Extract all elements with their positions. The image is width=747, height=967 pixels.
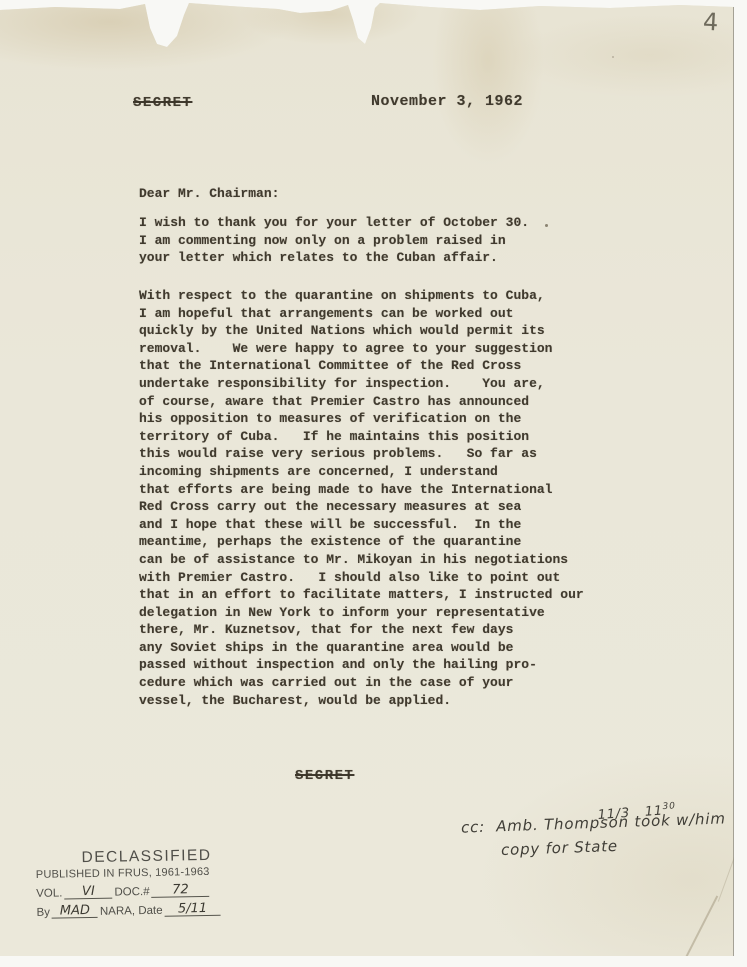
text-line: meantime, perhaps the existence of the q… [139,533,584,551]
text-line: undertake responsibility for inspection.… [139,375,584,393]
text-line: I am hopeful that arrangements can be wo… [139,305,584,323]
stamp-by-label: By [36,907,50,919]
text-line: cedure which was carried out in the case… [139,674,584,692]
text-line: can be of assistance to Mr. Mikoyan in h… [139,551,584,569]
text-line: and I hope that these will be successful… [139,516,584,534]
page-number: 4 [702,8,719,37]
stamp-vol-blank: VI [64,883,112,900]
text-line: vessel, the Bucharest, would be applied. [139,692,584,710]
stamp-nara-label: NARA, Date [100,905,163,918]
stamp-doc-value: 72 [172,882,189,897]
classification-stamp-top: SECRET [133,95,192,113]
declassification-stamp: DECLASSIFIED PUBLISHED IN FRUS, 1961-196… [35,846,258,919]
stamp-date-blank: 5/11 [164,900,220,917]
stamp-doc-label: DOC.# [114,886,149,899]
text-line: Red Cross carry out the necessary measur… [139,498,584,516]
text-line: removal. We were happy to agree to your … [139,340,584,358]
stamp-vol-value: VI [82,884,95,899]
text-line: that efforts are being made to have the … [139,481,584,499]
handwritten-copy-note: copy for State [501,837,618,859]
stamp-vol-label: VOL. [36,887,62,899]
text-line: I wish to thank you for your letter of O… [139,214,529,232]
text-line: there, Mr. Kuznetsov, that for the next … [139,621,584,639]
scanned-document: 4 SECRET November 3, 1962 Dear Mr. Chair… [0,0,747,967]
stamp-volume-row: VOL. VI DOC.# 72 [36,880,258,900]
text-line: of course, aware that Premier Castro has… [139,393,584,411]
text-line: quickly by the United Nations which woul… [139,322,584,340]
stamp-publication-line: PUBLISHED IN FRUS, 1961-1963 [36,865,258,881]
text-line: any Soviet ships in the quarantine area … [139,639,584,657]
stamp-by-row: By MAD NARA, Date 5/11 [36,899,258,919]
text-line: that the International Committee of the … [139,357,584,375]
text-line: that in an effort to facilitate matters,… [139,586,584,604]
text-line: delegation in New York to inform your re… [139,604,584,622]
letter-date: November 3, 1962 [371,93,523,111]
text-line: his opposition to measures of verificati… [139,410,584,428]
text-line: with Premier Castro. I should also like … [139,569,584,587]
stamp-doc-blank: 72 [151,881,209,898]
salutation: Dear Mr. Chairman: [139,185,279,203]
paragraph-2: With respect to the quarantine on shipme… [139,287,584,709]
text-line: passed without inspection and only the h… [139,656,584,674]
letter-page: 4 SECRET November 3, 1962 Dear Mr. Chair… [0,0,734,956]
text-line: With respect to the quarantine on shipme… [139,287,584,305]
paper-speck [612,56,614,58]
paper-crease [684,895,718,960]
text-line: your letter which relates to the Cuban a… [139,249,529,267]
paper-crease [718,856,735,901]
text-line: I am commenting now only on a problem ra… [139,232,529,250]
text-line: this would raise very serious problems. … [139,445,584,463]
paper-speck [545,224,548,227]
text-line: incoming shipments are concerned, I unde… [139,463,584,481]
stamp-by-value: MAD [60,903,90,919]
paragraph-1: I wish to thank you for your letter of O… [139,214,529,267]
text-line: territory of Cuba. If he maintains this … [139,428,584,446]
classification-stamp-bottom: SECRET [295,768,354,786]
stamp-by-blank: MAD [52,902,98,919]
stamp-date-value: 5/11 [178,901,207,917]
